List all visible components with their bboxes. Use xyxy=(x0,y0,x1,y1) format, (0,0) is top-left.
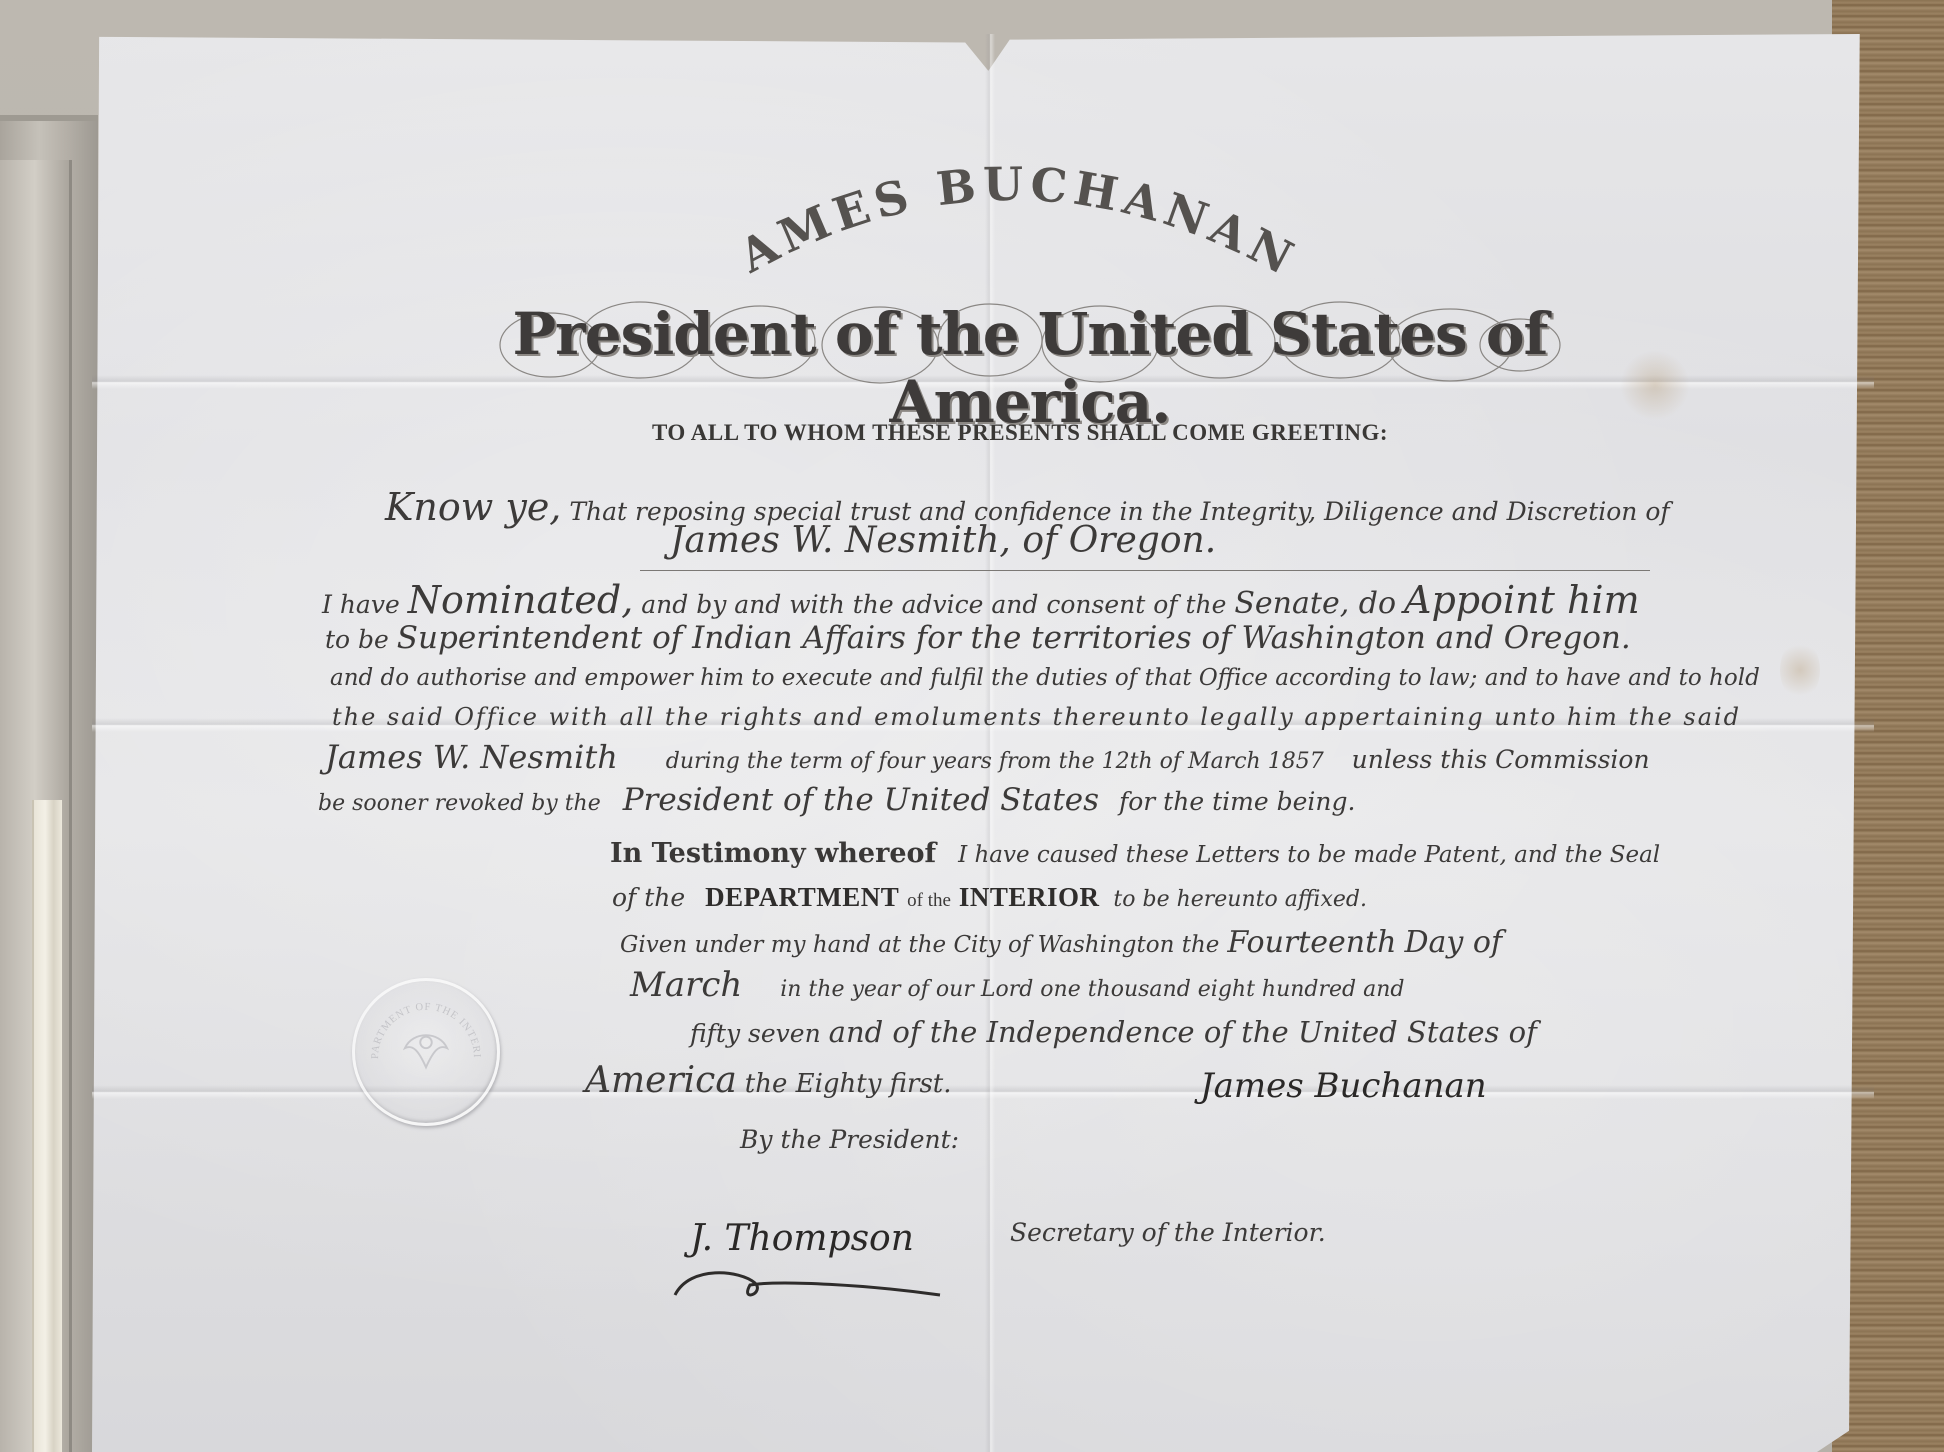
to-be-text: to be xyxy=(325,625,389,654)
america-word: America xyxy=(585,1060,737,1101)
testimony-line-2: of the DEPARTMENT of the INTERIOR to be … xyxy=(612,882,1367,913)
day-of-text: Day of xyxy=(1404,925,1502,960)
eagle-seal-icon: DEPARTMENT OF THE INTERIOR xyxy=(355,981,497,1123)
nominee-name: James W. Nesmith, of Oregon. xyxy=(670,520,1216,561)
revoked-text: be sooner revoked by the xyxy=(318,791,601,816)
signature-flourish xyxy=(670,1265,950,1305)
senate-word: Senate, do xyxy=(1234,586,1396,621)
i-have-text: I have xyxy=(322,590,400,619)
body-line-8: be sooner revoked by the President of th… xyxy=(318,782,1355,818)
issuer-arc-title: JAMES BUCHANAN, xyxy=(700,150,1320,290)
of-the-text: of the xyxy=(612,883,685,912)
of-the-small: of the xyxy=(907,890,951,911)
secretary-title: Secretary of the Interior. xyxy=(1010,1218,1326,1247)
independence-text: and of the Independence of the United St… xyxy=(829,1015,1537,1049)
by-the-president: By the President: xyxy=(740,1125,959,1154)
testimony-line-3: Given under my hand at the City of Washi… xyxy=(620,925,1502,960)
testimony-line-6: America the Eighty first. xyxy=(585,1060,952,1101)
testimony-line-5: fifty seven and of the Independence of t… xyxy=(690,1015,1537,1049)
given-under-hand: Given under my hand at the City of Washi… xyxy=(620,932,1219,958)
embossed-department-seal: DEPARTMENT OF THE INTERIOR xyxy=(352,978,500,1126)
body-line-4: to be Superintendent of Indian Affairs f… xyxy=(325,620,1631,656)
nominee-name-repeat: James W. Nesmith xyxy=(325,738,618,776)
nominee-underline xyxy=(640,570,1650,571)
plastic-sleeve-seam xyxy=(32,800,62,1452)
testimony-line-4: March in the year of our Lord one thousa… xyxy=(630,965,1405,1005)
body-line-6: the said Office with all the rights and … xyxy=(332,703,1741,731)
month-written: March xyxy=(630,965,742,1005)
affixed-text: to be hereunto affixed. xyxy=(1113,887,1367,912)
eighty-first-text: the Eighty first. xyxy=(745,1069,952,1099)
department-word: DEPARTMENT xyxy=(705,882,899,912)
in-testimony-whereof: In Testimony whereof xyxy=(610,838,936,869)
testimony-line-1: In Testimony whereof I have caused these… xyxy=(610,838,1660,869)
commission-tail: unless this Commission xyxy=(1352,745,1650,774)
body-line-3: I have Nominated, and by and with the ad… xyxy=(322,578,1640,622)
body-line-7: James W. Nesmith during the term of four… xyxy=(325,738,1650,776)
body-line-3-text: and by and with the advice and consent o… xyxy=(641,590,1226,619)
day-written: Fourteenth xyxy=(1227,925,1396,960)
nominated-word: Nominated, xyxy=(408,578,634,622)
body-line-5: and do authorise and empower him to exec… xyxy=(330,665,1760,691)
year-written: fifty seven xyxy=(690,1019,821,1048)
greeting-line: TO ALL TO WHOM THESE PRESENTS SHALL COME… xyxy=(595,420,1445,446)
president-usa-phrase: President of the United States xyxy=(623,782,1099,818)
term-text: during the term of four years from the 1… xyxy=(666,749,1324,774)
office-title: Superintendent of Indian Affairs for the… xyxy=(397,620,1631,656)
president-signature: James Buchanan xyxy=(1200,1066,1487,1106)
testimony-line-1-text: I have caused these Letters to be made P… xyxy=(958,842,1660,868)
headline-president-of-usa: President of the United States of Americ… xyxy=(500,300,1560,436)
year-of-our-lord: in the year of our Lord one thousand eig… xyxy=(780,977,1404,1002)
svg-text:DEPARTMENT OF THE INTERIOR: DEPARTMENT OF THE INTERIOR xyxy=(355,981,482,1059)
age-stain xyxy=(1620,350,1690,420)
appoint-him-words: Appoint him xyxy=(1404,578,1640,622)
age-stain xyxy=(1780,640,1820,700)
time-being-text: for the time being. xyxy=(1119,787,1355,816)
svg-text:JAMES BUCHANAN,: JAMES BUCHANAN, xyxy=(700,150,1304,286)
secretary-signature: J. Thompson xyxy=(690,1218,914,1259)
know-ye-lead: Know ye, xyxy=(385,485,561,529)
interior-word: INTERIOR xyxy=(959,882,1100,912)
